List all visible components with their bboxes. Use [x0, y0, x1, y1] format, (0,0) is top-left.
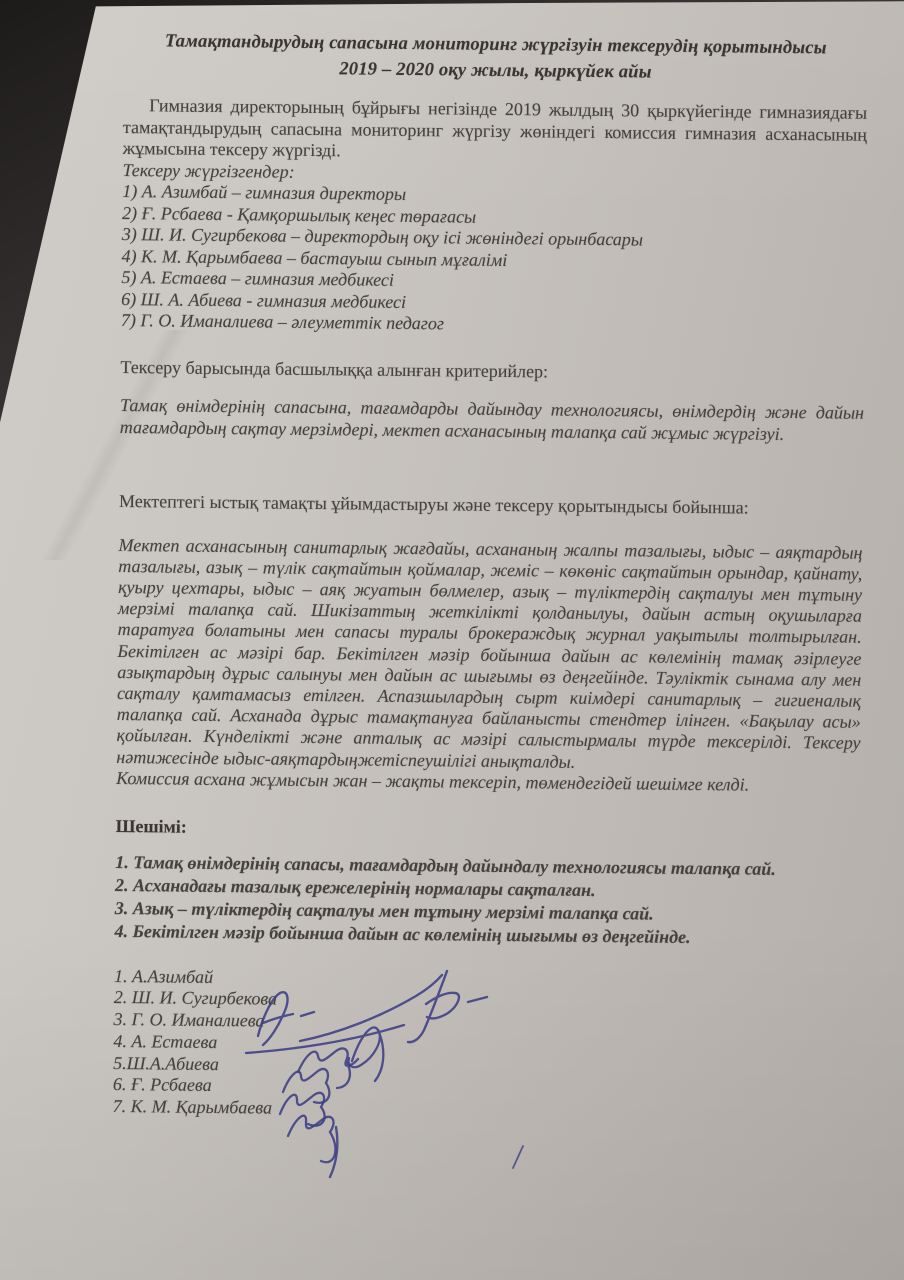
decision-heading: Шешімі: [116, 816, 860, 845]
document-photo: Тамақтандырудың сапасына мониторинг жүрг… [0, 0, 904, 1280]
intro-paragraph: Гимназия директорының бұйрығы негізінде … [123, 95, 868, 167]
criteria-heading: Тексеру барысында басшылыққа алынған кри… [120, 356, 864, 385]
results-heading: Мектептегі ыстық тамақты ұйымдастыруы жә… [119, 491, 863, 520]
criteria-paragraph: Тамақ өнімдерінің сапасына, тағамдарды д… [120, 395, 864, 446]
signatories-list: 1. А.Азимбай 2. Ш. И. Сугирбекова 3. Г. … [113, 966, 859, 1126]
inspectors-list: 1) А. Азимбай – гимназия директоры 2) Ғ.… [121, 181, 867, 339]
results-paragraph: Мектеп асханасының санитарлық жағдайы, а… [116, 534, 862, 775]
decisions-list: 1. Тамақ өнімдерінің сапасы, тағамдардың… [114, 851, 859, 951]
document-content: Тамақтандырудың сапасына мониторинг жүрг… [113, 28, 868, 1125]
